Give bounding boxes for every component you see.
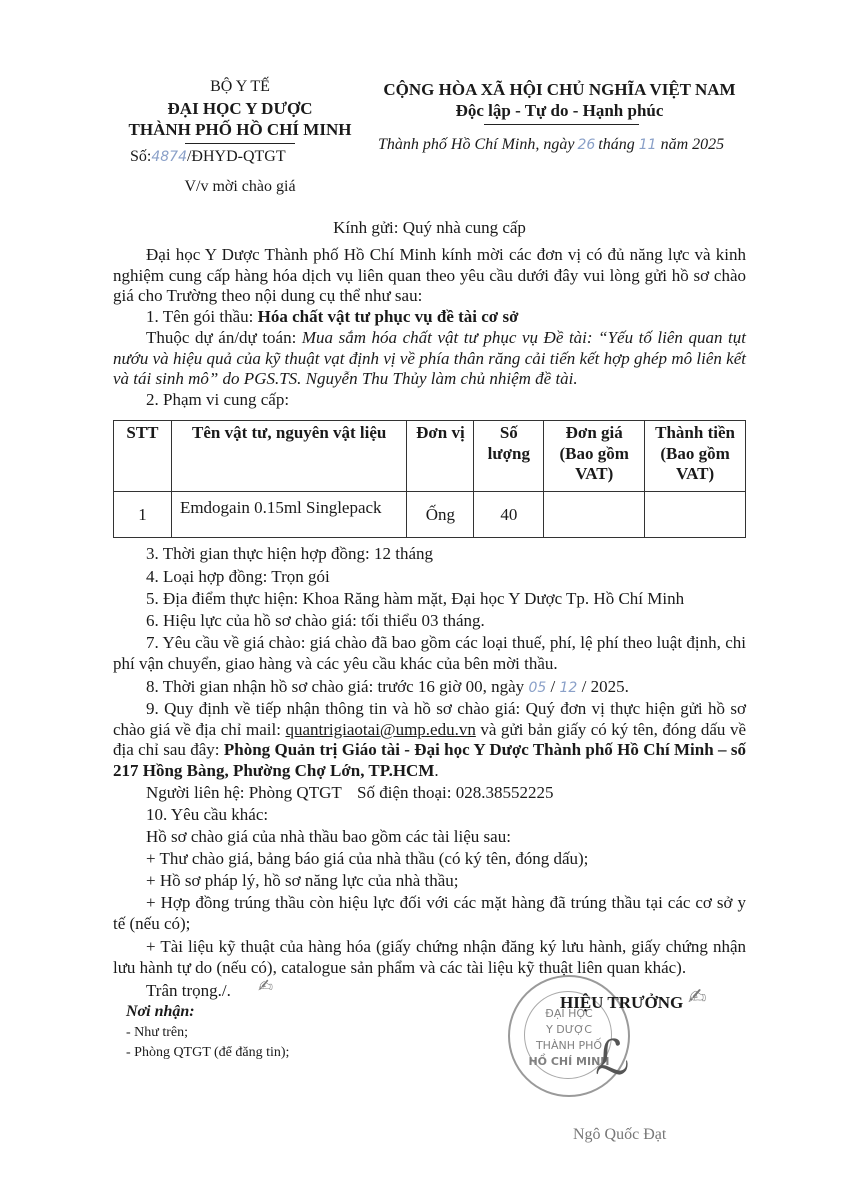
intro-paragraph: Đại học Y Dược Thành phố Hồ Chí Minh kín… (113, 245, 746, 307)
item-4-text: 4. Loại hợp đồng: Trọn gói (146, 567, 330, 586)
item-10-other-requirements: 10. Yêu cầu khác: (113, 805, 746, 826)
item-10-intro-text: Hồ sơ chào giá của nhà thầu bao gồm các … (146, 827, 511, 846)
doc-number-handwritten: 4874 (151, 149, 187, 165)
item-10-text: 10. Yêu cầu khác: (146, 805, 268, 824)
item-8-prefix: 8. Thời gian nhận hồ sơ chào giá: trước … (146, 677, 528, 696)
deadline-year: 2025. (591, 677, 629, 696)
deadline-day-handwritten: 05 (528, 680, 546, 696)
item-10-b: + Hồ sơ pháp lý, hồ sơ năng lực của nhà … (113, 871, 746, 892)
item-7-price-requirements: 7. Yêu cầu về giá chào: giá chào đã bao … (113, 633, 746, 674)
doc-number-suffix: /ĐHYD-QTGT (187, 148, 286, 165)
cell-total (645, 492, 746, 538)
project-description: Thuộc dự án/dự toán: Mua sắm hóa chất vậ… (113, 328, 746, 390)
item-10-intro: Hồ sơ chào giá của nhà thầu bao gồm các … (113, 827, 746, 848)
recipient-item: - Như trên; (126, 1025, 188, 1041)
item-2-scope-label: 2. Phạm vi cung cấp: (113, 390, 746, 411)
item-10-b-text: + Hồ sơ pháp lý, hồ sơ năng lực của nhà … (146, 871, 459, 890)
item-1-value: Hóa chất vật tư phục vụ đề tài cơ sở (258, 307, 519, 326)
item-9-end: . (434, 761, 438, 780)
date-month-handwritten: 11 (639, 137, 657, 153)
initial-signature: ✍ (258, 976, 273, 997)
table-row: 1 Emdogain 0.15ml Singlepack Ống 40 (114, 492, 746, 538)
university-name-line1: ĐẠI HỌC Y DƯỢC (110, 99, 370, 119)
item-3-duration: 3. Thời gian thực hiện hợp đồng: 12 thán… (113, 544, 746, 565)
col-header-unit: Đơn vị (407, 421, 474, 492)
item-5-location: 5. Địa điểm thực hiện: Khoa Răng hàm mặt… (113, 589, 746, 610)
item-5-text: 5. Địa điểm thực hiện: Khoa Răng hàm mặt… (146, 589, 684, 608)
document-number: Số:4874/ĐHYD-QTGT (130, 148, 286, 166)
cell-quantity: 40 (474, 492, 544, 538)
university-name-line2: THÀNH PHỐ HỒ CHÍ MINH (110, 120, 370, 140)
item-6-text: 6. Hiệu lực của hồ sơ chào giá: tối thiể… (146, 611, 485, 630)
closing: Trân trọng./. (146, 981, 231, 1001)
col-header-stt: STT (114, 421, 172, 492)
item-6-validity: 6. Hiệu lực của hồ sơ chào giá: tối thiể… (113, 611, 746, 632)
item-1-package-name: 1. Tên gói thầu: Hóa chất vật tư phục vụ… (113, 307, 746, 328)
contact-person: Người liên hệ: Phòng QTGT (146, 783, 342, 803)
item-10-c: + Hợp đồng trúng thầu còn hiệu lực đối v… (113, 893, 746, 934)
date-day-handwritten: 26 (577, 137, 595, 153)
document-date: Thành phố Hồ Chí Minh, ngày26tháng11năm … (378, 136, 724, 154)
col-header-quantity: Số lượng (474, 421, 544, 492)
item-8-deadline: 8. Thời gian nhận hồ sơ chào giá: trước … (113, 677, 746, 699)
header-right-underline (484, 124, 639, 125)
cell-stt: 1 (114, 492, 172, 538)
col-header-unit-price: Đơn giá (Bao gồm VAT) (544, 421, 645, 492)
header-left-underline (185, 143, 295, 144)
recipients-title: Nơi nhận: (126, 1003, 195, 1021)
item-1-label: 1. Tên gói thầu: (146, 307, 258, 326)
signer-name: Ngô Quốc Đạt (573, 1126, 666, 1144)
cell-item-name: Emdogain 0.15ml Singlepack (171, 492, 407, 538)
date-month-label: tháng (598, 136, 634, 153)
table-header-row: STT Tên vật tư, nguyên vật liệu Đơn vị S… (114, 421, 746, 492)
date-year: năm 2025 (661, 136, 725, 153)
item-9-submission: 9. Quy định về tiếp nhận thông tin và hồ… (113, 699, 746, 781)
principal-signature: ℒ (595, 1030, 630, 1086)
deadline-month-handwritten: 12 (560, 680, 578, 696)
item-10-a-text: + Thư chào giá, bảng báo giá của nhà thầ… (146, 849, 588, 868)
nation-title: CỘNG HÒA XÃ HỘI CHỦ NGHĨA VIỆT NAM (372, 80, 747, 100)
salutation: Kính gửi: Quý nhà cung cấp (113, 218, 746, 238)
supply-items-table: STT Tên vật tư, nguyên vật liệu Đơn vị S… (113, 420, 746, 538)
signer-title: HIỆU TRƯỞNG (560, 993, 683, 1013)
submission-email-link[interactable]: quantrigiaotai@ump.edu.vn (286, 720, 476, 739)
date-prefix: Thành phố Hồ Chí Minh, ngày (378, 136, 574, 153)
doc-number-prefix: Số: (130, 148, 151, 165)
title-signature: ✍ (688, 985, 706, 1010)
item-3-text: 3. Thời gian thực hiện hợp đồng: 12 thán… (146, 544, 433, 563)
subject-line: V/v mời chào giá (110, 178, 370, 196)
national-motto: Độc lập - Tự do - Hạnh phúc (372, 101, 747, 121)
col-header-total: Thành tiền (Bao gồm VAT) (645, 421, 746, 492)
cell-unit: Ống (407, 492, 474, 538)
cell-unit-price (544, 492, 645, 538)
recipient-item: - Phòng QTGT (để đăng tin); (126, 1045, 289, 1061)
item-2-label: 2. Phạm vi cung cấp: (146, 390, 289, 409)
col-header-item-name: Tên vật tư, nguyên vật liệu (171, 421, 407, 492)
contact-phone: Số điện thoại: 028.38552225 (357, 783, 553, 803)
item-10-d: + Tài liệu kỹ thuật của hàng hóa (giấy c… (113, 937, 746, 978)
item-4-contract-type: 4. Loại hợp đồng: Trọn gói (113, 567, 746, 588)
item-10-a: + Thư chào giá, bảng báo giá của nhà thầ… (113, 849, 746, 870)
project-label: Thuộc dự án/dự toán: (146, 328, 302, 347)
ministry-name: BỘ Y TẾ (110, 78, 370, 96)
